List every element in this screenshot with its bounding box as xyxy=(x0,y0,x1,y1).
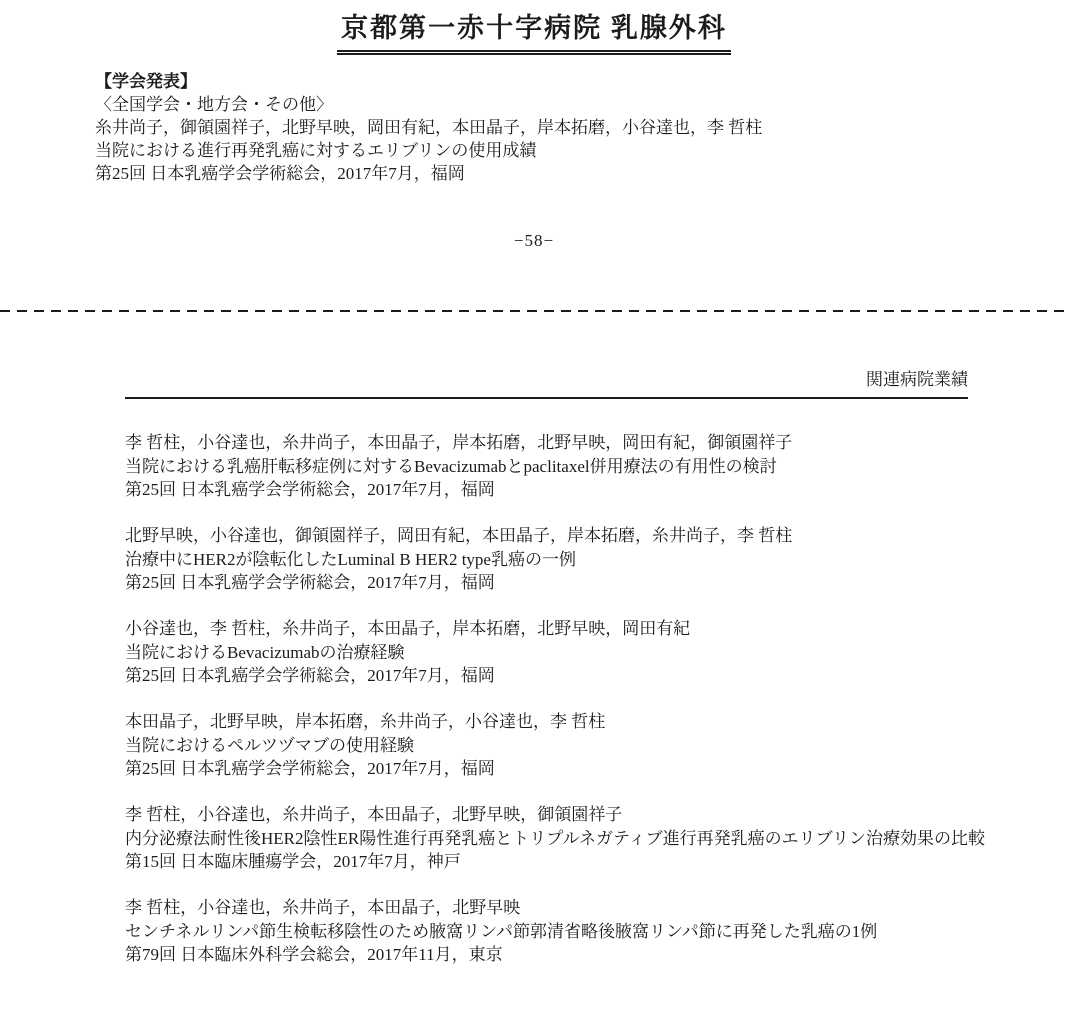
entry-title: 当院における進行再発乳癌に対するエリブリンの使用成績 xyxy=(95,139,762,162)
entry-authors: 小谷達也，李 哲柱，糸井尚子，本田晶子，岸本拓磨，北野早映，岡田有紀 xyxy=(125,617,985,641)
entry-title: 治療中にHER2が陰転化したLuminal B HER2 type乳癌の一例 xyxy=(125,548,985,572)
presentation-entry: 本田晶子，北野早映，岸本拓磨，糸井尚子，小谷達也，李 哲柱 当院におけるペルツヅ… xyxy=(125,710,985,781)
presentations-section: 【学会発表】 〈全国学会・地方会・その他〉 糸井尚子，御領園祥子，北野早映，岡田… xyxy=(95,70,762,185)
page-break-dashed-line xyxy=(0,310,1068,312)
entry-title: センチネルリンパ節生検転移陰性のため腋窩リンパ節郭清省略後腋窩リンパ節に再発した… xyxy=(125,920,985,944)
entry-title: 当院におけるペルツヅマブの使用経験 xyxy=(125,734,985,758)
presentation-entry: 小谷達也，李 哲柱，糸井尚子，本田晶子，岸本拓磨，北野早映，岡田有紀 当院におけ… xyxy=(125,617,985,688)
entry-title: 当院における乳癌肝転移症例に対するBevacizumabとpaclitaxel併… xyxy=(125,455,985,479)
entry-title: 当院におけるBevacizumabの治療経験 xyxy=(125,641,985,665)
page-title: 京都第一赤十字病院 乳腺外科 xyxy=(337,12,731,55)
related-hospitals-header: 関連病院業績 xyxy=(125,369,968,391)
presentation-entry: 糸井尚子，御領園祥子，北野早映，岡田有紀，本田晶子，岸本拓磨，小谷達也，李 哲柱… xyxy=(95,116,762,185)
entry-authors: 李 哲柱，小谷達也，糸井尚子，本田晶子，岸本拓磨，北野早映，岡田有紀，御領園祥子 xyxy=(125,431,985,455)
entry-venue: 第25回 日本乳癌学会学術総会，2017年7月，福岡 xyxy=(125,664,985,688)
entry-venue: 第25回 日本乳癌学会学術総会，2017年7月，福岡 xyxy=(95,162,762,185)
entry-venue: 第79回 日本臨床外科学会総会，2017年11月，東京 xyxy=(125,943,985,967)
entry-authors: 糸井尚子，御領園祥子，北野早映，岡田有紀，本田晶子，岸本拓磨，小谷達也，李 哲柱 xyxy=(95,116,762,139)
presentation-entry: 李 哲柱，小谷達也，糸井尚子，本田晶子，北野早映，御領園祥子 内分泌療法耐性後H… xyxy=(125,803,985,874)
entry-venue: 第25回 日本乳癌学会学術総会，2017年7月，福岡 xyxy=(125,478,985,502)
presentation-entry: 李 哲柱，小谷達也，糸井尚子，本田晶子，岸本拓磨，北野早映，岡田有紀，御領園祥子… xyxy=(125,431,985,502)
subsection-heading: 〈全国学会・地方会・その他〉 xyxy=(95,93,762,116)
entry-authors: 李 哲柱，小谷達也，糸井尚子，本田晶子，北野早映，御領園祥子 xyxy=(125,803,985,827)
entry-authors: 李 哲柱，小谷達也，糸井尚子，本田晶子，北野早映 xyxy=(125,896,985,920)
document-header: 京都第一赤十字病院 乳腺外科 xyxy=(0,12,1068,55)
entry-venue: 第15回 日本臨床腫瘍学会，2017年7月，神戸 xyxy=(125,850,985,874)
entry-authors: 本田晶子，北野早映，岸本拓磨，糸井尚子，小谷達也，李 哲柱 xyxy=(125,710,985,734)
presentation-entry: 北野早映，小谷達也，御領園祥子，岡田有紀，本田晶子，岸本拓磨，糸井尚子，李 哲柱… xyxy=(125,524,985,595)
page-number: −58− xyxy=(0,231,1068,251)
entry-venue: 第25回 日本乳癌学会学術総会，2017年7月，福岡 xyxy=(125,757,985,781)
related-hospital-entries: 李 哲柱，小谷達也，糸井尚子，本田晶子，岸本拓磨，北野早映，岡田有紀，御領園祥子… xyxy=(125,431,985,989)
section-heading: 【学会発表】 xyxy=(95,70,762,93)
header-underline-rule xyxy=(125,397,968,399)
entry-authors: 北野早映，小谷達也，御領園祥子，岡田有紀，本田晶子，岸本拓磨，糸井尚子，李 哲柱 xyxy=(125,524,985,548)
entry-venue: 第25回 日本乳癌学会学術総会，2017年7月，福岡 xyxy=(125,571,985,595)
presentation-entry: 李 哲柱，小谷達也，糸井尚子，本田晶子，北野早映 センチネルリンパ節生検転移陰性… xyxy=(125,896,985,967)
entry-title: 内分泌療法耐性後HER2陰性ER陽性進行再発乳癌とトリプルネガティブ進行再発乳癌… xyxy=(125,827,985,851)
